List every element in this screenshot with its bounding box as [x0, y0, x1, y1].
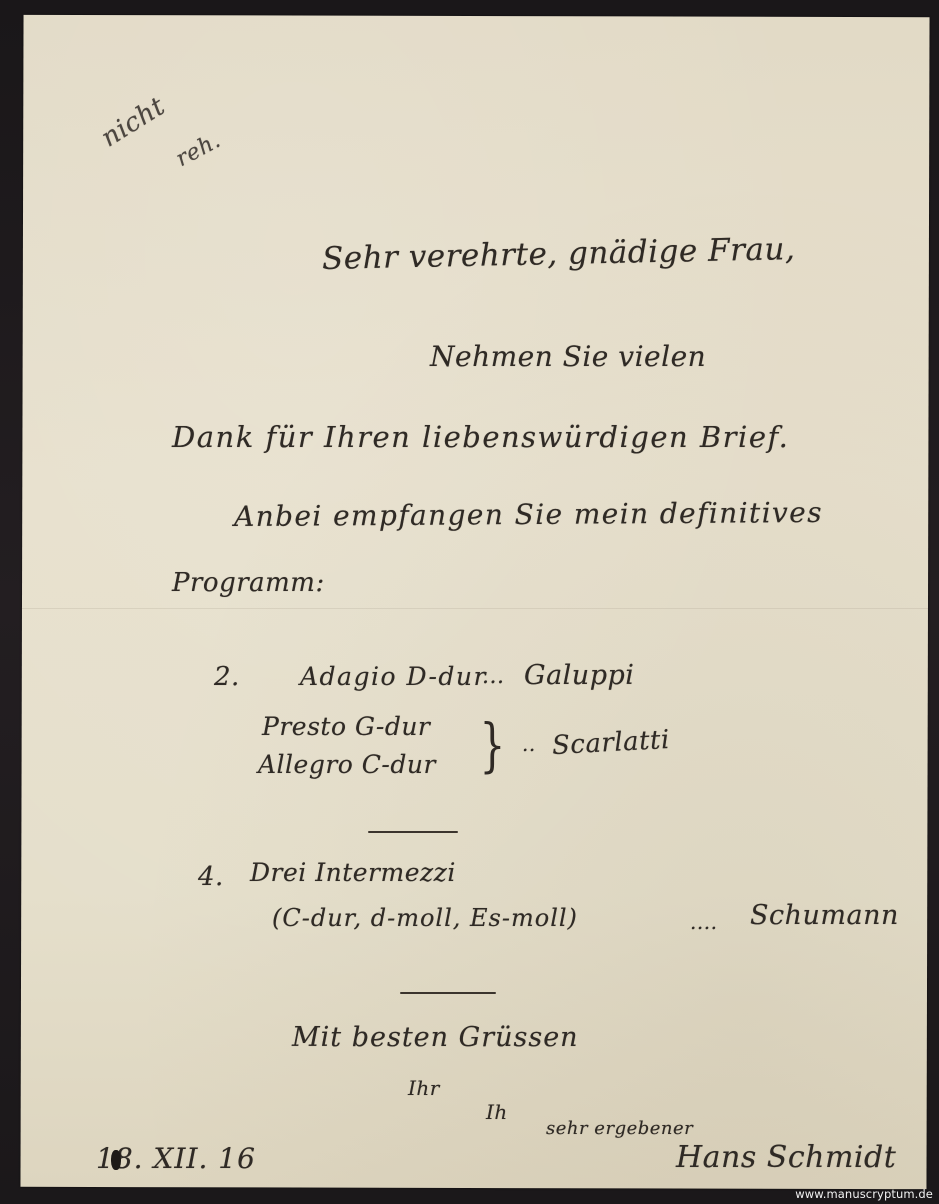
- signature: Hans Schmidt: [676, 1140, 896, 1175]
- piece-title: (C-dur, d-moll, Es-moll): [272, 904, 578, 932]
- grouping-brace: }: [480, 716, 506, 774]
- piece-title: Allegro C-dur: [258, 750, 436, 779]
- ink-blot: [111, 1150, 121, 1170]
- body-line-4: Programm:: [172, 568, 325, 598]
- piece-separator: ..: [522, 732, 536, 756]
- closing-line-4: sehr ergebener: [546, 1118, 693, 1139]
- program-number: 4.: [198, 862, 224, 892]
- piece-composer: Galuppi: [524, 660, 634, 691]
- piece-title: Presto G-dur: [262, 712, 430, 741]
- letter-paper: [20, 15, 929, 1189]
- closing-line-1: Mit besten Grüssen: [292, 1022, 579, 1053]
- paper-fold-line: [22, 608, 928, 609]
- piece-title: Adagio D-dur: [300, 662, 487, 691]
- section-divider: [400, 992, 496, 994]
- piece-title: Drei Intermezzi: [250, 858, 456, 887]
- piece-composer: Schumann: [750, 900, 899, 931]
- program-number: 2.: [214, 662, 240, 692]
- body-line-3: Anbei empfangen Sie mein definitives: [234, 496, 823, 533]
- closing-line-2: Ihr: [408, 1076, 440, 1100]
- body-line-2: Dank für Ihren liebenswürdigen Brief.: [172, 420, 789, 454]
- body-line-1: Nehmen Sie vielen: [430, 340, 706, 373]
- piece-composer: Scarlatti: [551, 725, 670, 761]
- section-divider: [368, 831, 458, 833]
- piece-separator: ...: [482, 664, 504, 689]
- closing-line-3: Ih: [486, 1100, 508, 1124]
- piece-separator: ....: [690, 910, 717, 934]
- watermark-url: www.manuscryptum.de: [795, 1187, 933, 1201]
